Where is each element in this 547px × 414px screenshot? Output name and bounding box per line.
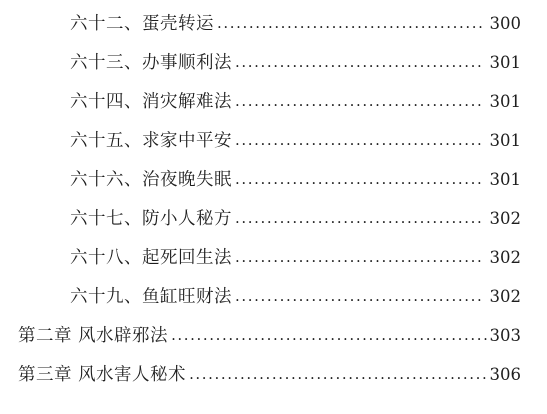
- toc-entry: 六十六、治夜晚失眠 ..............................…: [0, 161, 547, 200]
- leader-dots: ........................................…: [235, 287, 484, 305]
- leader-dots: ........................................…: [171, 326, 489, 344]
- toc-entry-page: 306: [489, 365, 521, 384]
- leader-dots: ........................................…: [235, 131, 484, 149]
- toc-entry: 六十八、起死回生法 ..............................…: [0, 239, 547, 278]
- toc-entry: 第三章 风水害人秘术 .............................…: [0, 356, 547, 395]
- toc-entry-page: 301: [489, 53, 521, 72]
- toc-entry-title: 六十九、鱼缸旺财法: [70, 278, 232, 317]
- leader-dots: ........................................…: [217, 14, 484, 32]
- toc-entry-title: 六十七、防小人秘方: [70, 200, 232, 239]
- toc-entry-page: 302: [489, 209, 521, 228]
- leader-dots: ........................................…: [235, 170, 484, 188]
- leader-dots: ........................................…: [189, 365, 489, 383]
- toc-entry-page: 301: [489, 131, 521, 150]
- leader-dots: ........................................…: [235, 92, 484, 110]
- toc-entry-page: 300: [489, 14, 521, 33]
- toc-entry: 六十四、消灾解难法 ..............................…: [0, 83, 547, 122]
- toc-entry: 六十二、蛋壳转运 ...............................…: [0, 5, 547, 44]
- toc-entry-title: 六十五、求家中平安: [70, 122, 232, 161]
- toc-entry-title: 六十六、治夜晚失眠: [70, 161, 232, 200]
- toc-entry-page: 301: [489, 170, 521, 189]
- toc-entry-title: 第三章 风水害人秘术: [18, 356, 186, 395]
- toc-entry-page: 302: [489, 248, 521, 267]
- toc-entry-title: 第二章 风水辟邪法: [18, 317, 168, 356]
- toc-entry-title: 六十八、起死回生法: [70, 239, 232, 278]
- leader-dots: ........................................…: [235, 248, 484, 266]
- toc-page: 六十二、蛋壳转运 ...............................…: [0, 0, 547, 414]
- leader-dots: ........................................…: [235, 209, 484, 227]
- toc-entry-page: 302: [489, 287, 521, 306]
- toc-entry: 六十三、办事顺利法 ..............................…: [0, 44, 547, 83]
- toc-entry: 第二章 风水辟邪法 ..............................…: [0, 317, 547, 356]
- leader-dots: ........................................…: [235, 53, 484, 71]
- toc-entry-page: 301: [489, 92, 521, 111]
- toc-entry-title: 六十四、消灾解难法: [70, 83, 232, 122]
- toc-entry: 六十七、防小人秘方 ..............................…: [0, 200, 547, 239]
- toc-entry: 六十九、鱼缸旺财法 ..............................…: [0, 278, 547, 317]
- toc-entry-title: 六十二、蛋壳转运: [70, 5, 214, 44]
- toc-entry-title: 六十三、办事顺利法: [70, 44, 232, 83]
- toc-entry-page: 303: [489, 326, 521, 345]
- toc-entry: 六十五、求家中平安 ..............................…: [0, 122, 547, 161]
